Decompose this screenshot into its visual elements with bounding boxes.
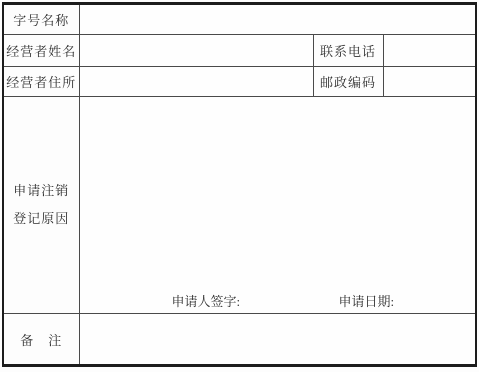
operator-name-value <box>79 35 313 67</box>
operator-name-label: 经营者姓名 <box>3 35 79 67</box>
form-page: 字号名称 经营者姓名 联系电话 经营者住所 邮政编码 申请注销 登记原因 <box>0 0 479 372</box>
cancellation-reason-label: 申请注销 登记原因 <box>3 97 79 314</box>
shop-name-label: 字号名称 <box>3 4 79 35</box>
contact-phone-value <box>383 35 476 67</box>
cancellation-reason-value: 申请人签字: 申请日期: <box>79 97 476 314</box>
operator-address-value <box>79 67 313 97</box>
contact-phone-label: 联系电话 <box>313 35 383 67</box>
operator-name-row: 经营者姓名 联系电话 <box>3 35 476 67</box>
application-date-label: 申请日期: <box>339 291 395 310</box>
shop-name-row: 字号名称 <box>3 4 476 35</box>
remarks-row: 备 注 <box>3 314 476 366</box>
remarks-value <box>79 314 476 366</box>
postal-code-value <box>383 67 476 97</box>
remarks-label: 备 注 <box>3 314 79 366</box>
shop-name-value <box>79 4 476 35</box>
application-form-table: 字号名称 经营者姓名 联系电话 经营者住所 邮政编码 申请注销 登记原因 <box>2 2 477 367</box>
operator-address-row: 经营者住所 邮政编码 <box>3 67 476 97</box>
postal-code-label: 邮政编码 <box>313 67 383 97</box>
cancellation-reason-label-line1: 申请注销 <box>4 177 79 205</box>
cancellation-reason-label-line2: 登记原因 <box>4 205 79 233</box>
operator-address-label: 经营者住所 <box>3 67 79 97</box>
applicant-signature-label: 申请人签字: <box>172 291 241 310</box>
cancellation-reason-row: 申请注销 登记原因 申请人签字: 申请日期: <box>3 97 476 314</box>
